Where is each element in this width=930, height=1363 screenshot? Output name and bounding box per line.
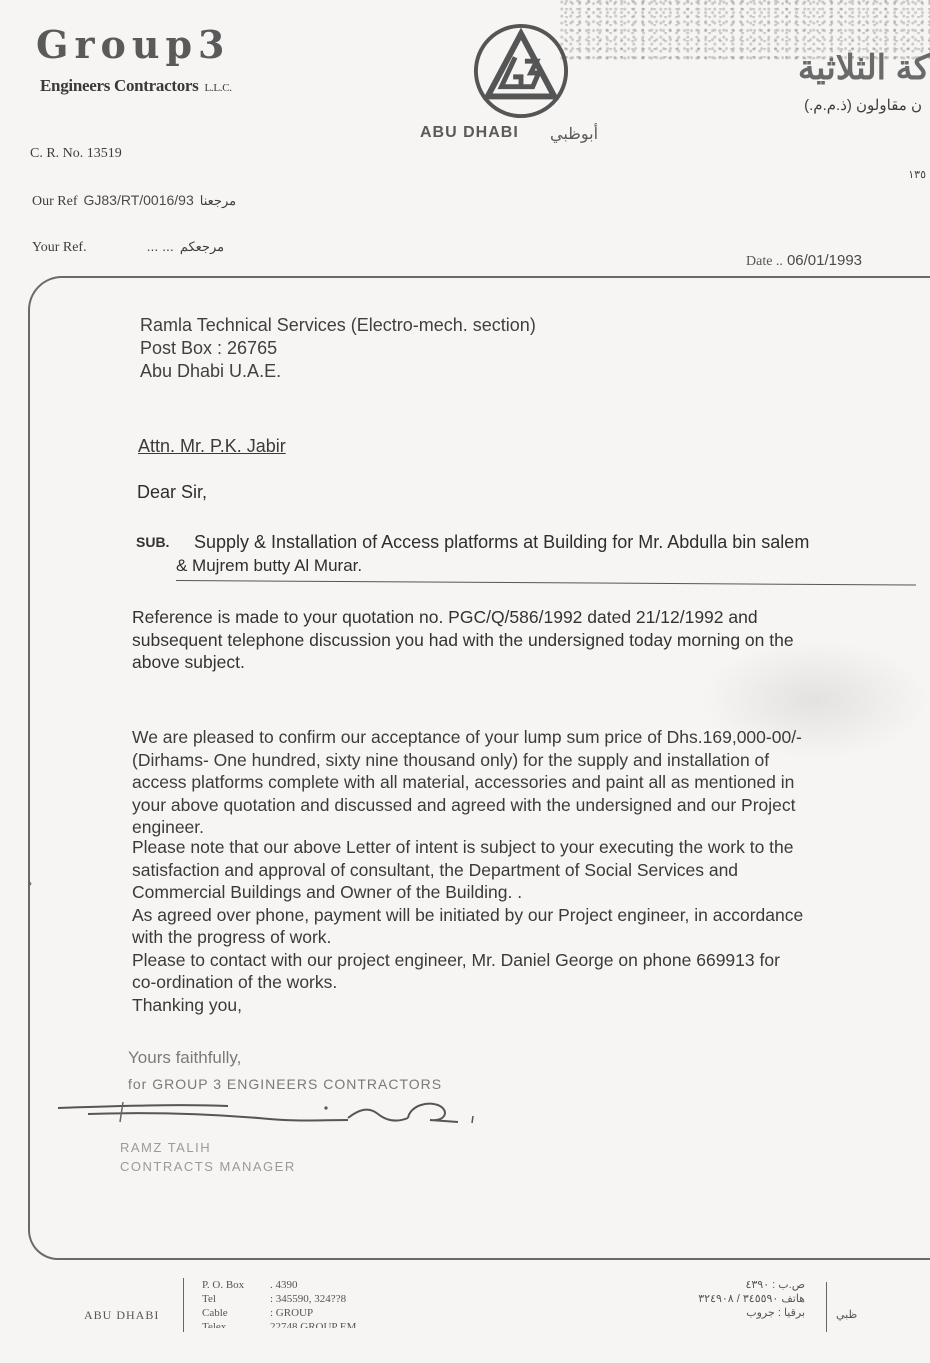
company-suffix: L.L.C. bbox=[204, 82, 231, 94]
body-line: access platforms complete with all mater… bbox=[132, 771, 912, 794]
attention-line: Attn. Mr. P.K. Jabir bbox=[138, 436, 286, 457]
our-ref-label: Our Ref bbox=[32, 194, 78, 209]
body-line: your above quotation and discussed and a… bbox=[132, 794, 912, 817]
our-ref: Our RefGJ83/RT/0016/93مرجعنا bbox=[32, 192, 236, 210]
date-label: Date .. bbox=[746, 254, 783, 269]
signer-title: CONTRACTS MANAGER bbox=[120, 1157, 296, 1176]
body-paragraph-1: Reference is made to your quotation no. … bbox=[132, 606, 912, 674]
arabic-company-name: كة الثلاثية bbox=[798, 48, 930, 88]
letterhead-city: ABU DHABI bbox=[420, 124, 519, 142]
telex-value: 22748 GROUP EM bbox=[270, 1321, 356, 1328]
body-line: with the progress of work. bbox=[132, 926, 912, 949]
subject-label: SUB. bbox=[136, 534, 169, 550]
cable-value: : GROUP bbox=[270, 1307, 313, 1319]
body-line: above subject. bbox=[132, 651, 912, 674]
body-line: (Dirhams- One hundred, sixty nine thousa… bbox=[132, 749, 912, 772]
recipient-address: Ramla Technical Services (Electro-mech. … bbox=[140, 314, 536, 383]
handwritten-signature-icon bbox=[58, 1096, 478, 1136]
body-line: satisfaction and approval of consultant,… bbox=[132, 859, 912, 882]
footer-ar-line-3: برقيا : جروب bbox=[600, 1306, 805, 1320]
body-line: Please note that our above Letter of int… bbox=[132, 836, 912, 859]
footer-divider bbox=[183, 1278, 184, 1332]
recipient-line-1: Ramla Technical Services (Electro-mech. … bbox=[140, 314, 536, 337]
your-ref-value: ... ... bbox=[147, 238, 174, 254]
signer-name: RAMZ TALIH bbox=[120, 1138, 296, 1157]
arabic-number: ١٣٥ bbox=[908, 168, 926, 181]
body-paragraph-3: Please note that our above Letter of int… bbox=[132, 836, 912, 1016]
body-line: Reference is made to your quotation no. … bbox=[132, 606, 912, 629]
our-ref-value: GJ83/RT/0016/93 bbox=[84, 192, 194, 208]
our-ref-arabic: مرجعنا bbox=[200, 193, 236, 208]
date-value: 06/01/1993 bbox=[787, 252, 862, 269]
footer-ar-line-1: ص.ب : ٤٣٩٠ bbox=[600, 1278, 805, 1292]
body-line: Commercial Buildings and Owner of the Bu… bbox=[132, 881, 912, 904]
footer-city: ABU DHABI bbox=[84, 1308, 159, 1323]
your-ref-label: Your Ref. bbox=[32, 240, 87, 255]
signer-block: RAMZ TALIH CONTRACTS MANAGER bbox=[120, 1138, 296, 1176]
valediction: Yours faithfully, bbox=[128, 1048, 241, 1068]
body-line: subsequent telephone discussion you had … bbox=[132, 629, 912, 652]
company-name: Group3 bbox=[36, 22, 230, 67]
cable-label: Cable bbox=[202, 1306, 270, 1320]
subject-line-1: Supply & Installation of Access platform… bbox=[194, 532, 809, 553]
body-line: As agreed over phone, payment will be in… bbox=[132, 904, 912, 927]
arabic-company-subtitle: ن مقاولون (ذ.م.م.) bbox=[804, 96, 922, 114]
for-company-line: for GROUP 3 ENGINEERS CONTRACTORS bbox=[128, 1076, 442, 1092]
body-line: We are pleased to confirm our acceptance… bbox=[132, 726, 912, 749]
body-line: co-ordination of the works. bbox=[132, 971, 912, 994]
body-paragraph-2: We are pleased to confirm our acceptance… bbox=[132, 726, 912, 839]
company-subtitle-text: Engineers Contractors bbox=[40, 76, 198, 95]
body-line: Please to contact with our project engin… bbox=[132, 949, 912, 972]
tel-label: Tel bbox=[202, 1292, 270, 1306]
salutation: Dear Sir, bbox=[137, 482, 207, 503]
telex-label: Telex bbox=[202, 1320, 270, 1328]
body-line: Thanking you, bbox=[132, 994, 912, 1017]
date-field: Date ..06/01/1993 bbox=[746, 252, 862, 270]
footer-divider-right bbox=[826, 1282, 827, 1332]
po-box-label: P. O. Box bbox=[202, 1278, 270, 1292]
footer-ar-line-2: هاتف ٣٤٥٥٩٠ / ٣٢٤٩٠٨ bbox=[600, 1292, 805, 1306]
po-box-value: . 4390 bbox=[270, 1279, 298, 1291]
margin-mark: › bbox=[28, 876, 32, 890]
letterhead-city-arabic: أبوظبي bbox=[550, 124, 598, 144]
tel-value: : 345590, 324??8 bbox=[270, 1293, 346, 1305]
footer-contact: P. O. Box. 4390 Tel: 345590, 324??8 Cabl… bbox=[202, 1278, 356, 1328]
company-subtitle: Engineers ContractorsL.L.C. bbox=[40, 76, 232, 96]
subject-line-2: & Mujrem butty Al Murar. bbox=[176, 556, 362, 576]
footer-city-arabic: ظبي bbox=[836, 1308, 857, 1321]
footer-contact-arabic: ص.ب : ٤٣٩٠ هاتف ٣٤٥٥٩٠ / ٣٢٤٩٠٨ برقيا : … bbox=[600, 1278, 805, 1320]
your-ref-arabic: مرجعكم bbox=[180, 239, 224, 254]
your-ref: Your Ref.... ...مرجعكم bbox=[32, 238, 224, 256]
recipient-line-2: Post Box : 26765 bbox=[140, 337, 536, 360]
g3-triangle-logo-icon bbox=[472, 22, 570, 120]
recipient-line-3: Abu Dhabi U.A.E. bbox=[140, 360, 536, 383]
cr-number: C. R. No. 13519 bbox=[30, 146, 122, 162]
